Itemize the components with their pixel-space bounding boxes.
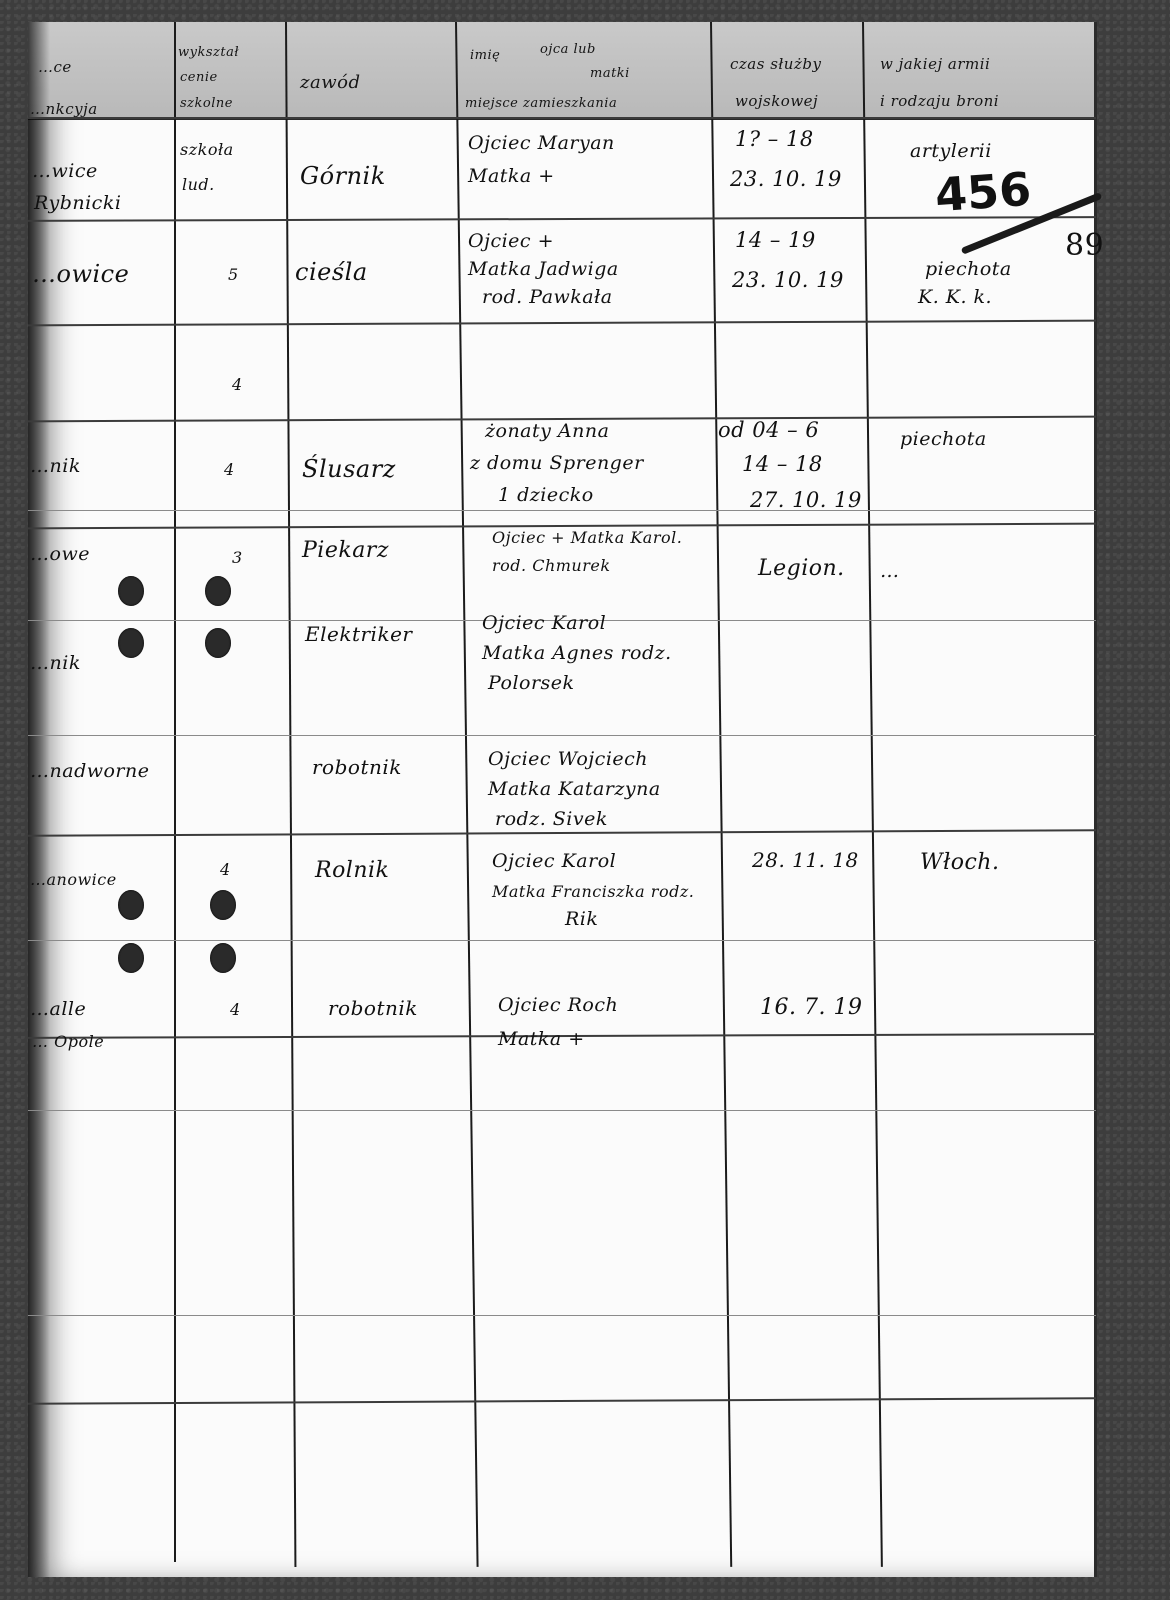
row7-locality: …nadworne — [30, 760, 150, 782]
binding-shadow — [28, 22, 50, 1577]
row2-parents-3: rod. Pawkała — [482, 286, 613, 308]
row-subrule — [28, 735, 1096, 736]
row1-army-1: artylerii — [910, 140, 992, 162]
row4-occupation: Ślusarz — [302, 455, 396, 483]
row2-service-2: 23. 10. 19 — [732, 268, 844, 292]
punch-hole — [210, 890, 236, 920]
header-col3: zawód — [300, 72, 360, 93]
row4-locality: …nik — [30, 455, 81, 477]
row5-occupation: Piekarz — [302, 538, 389, 563]
row6-parents-1: Ojciec Karol — [482, 612, 606, 634]
row2-education: 5 — [228, 265, 239, 284]
row4-service-1: od 04 – 6 — [718, 418, 819, 442]
punch-hole — [205, 576, 231, 606]
page-number: 89 — [1065, 228, 1104, 263]
punch-hole — [118, 890, 144, 920]
row5-army: … — [880, 560, 900, 582]
row4-parents-1: żonaty Anna — [485, 420, 609, 442]
row2-occupation: cieśla — [295, 258, 368, 286]
row7-parents-1: Ojciec Wojciech — [488, 748, 648, 770]
header-col2-line3: szkolne — [180, 96, 233, 111]
row8-army: Włoch. — [920, 850, 999, 875]
row3-education: 4 — [232, 375, 243, 394]
row8-locality: …anowice — [30, 870, 117, 889]
row-rule — [28, 117, 1096, 119]
row1-service-2: 23. 10. 19 — [730, 167, 842, 191]
row2-parents-1: Ojciec + — [468, 230, 554, 252]
row9-education: 4 — [230, 1000, 241, 1019]
row-subrule — [28, 940, 1096, 941]
row9-service: 16. 7. 19 — [760, 995, 862, 1020]
header-col6-line1: w jakiej armii — [880, 55, 990, 73]
row9-locality-1: …alle — [30, 998, 86, 1020]
row2-army-1: piechota — [925, 258, 1012, 280]
row1-locality-1: …wice — [32, 160, 98, 182]
row2-army-2: K. K. k. — [918, 286, 992, 308]
row4-education: 4 — [224, 460, 235, 479]
row9-occupation: robotnik — [328, 996, 418, 1020]
row8-occupation: Rolnik — [315, 858, 389, 883]
header-col1-line2: …nkcyja — [30, 100, 98, 118]
row5-parents-2: rod. Chmurek — [492, 556, 611, 575]
row8-education: 4 — [220, 860, 231, 879]
row1-service-1: 1? – 18 — [735, 127, 814, 151]
header-col4-line2: ojca lub — [540, 42, 596, 57]
punch-hole — [205, 628, 231, 658]
row5-education: 3 — [232, 548, 243, 567]
row1-locality-2: Rybnicki — [34, 192, 121, 214]
row8-service: 28. 11. 18 — [752, 848, 859, 872]
row1-education-1: szkoła — [180, 140, 234, 159]
header-col6-line2: i rodzaju broni — [880, 92, 999, 110]
row8-parents-3: Rik — [565, 908, 598, 930]
row5-locality: …owe — [30, 543, 90, 565]
row6-occupation: Elektriker — [305, 622, 412, 646]
row9-locality-2: … Opole — [32, 1032, 104, 1051]
row1-parents-2: Matka + — [468, 165, 555, 187]
row-subrule — [28, 1315, 1096, 1316]
header-col4-line4: miejsce zamieszkania — [465, 96, 617, 111]
row5-parents-1: Ojciec + Matka Karol. — [492, 528, 682, 547]
row7-parents-2: Matka Katarzyna — [488, 778, 661, 800]
row1-parents-1: Ojciec Maryan — [468, 132, 615, 154]
header-col2-line1: wykształ — [178, 45, 239, 60]
punch-hole — [118, 943, 144, 973]
header-col5-line1: czas służby — [730, 55, 821, 73]
row7-occupation: robotnik — [312, 755, 402, 779]
register-stamp-number: 456 — [933, 162, 1033, 223]
header-col4-line3: matki — [590, 66, 630, 81]
row1-education-2: lud. — [182, 175, 215, 194]
punch-hole — [118, 628, 144, 658]
header-col4-line1: imię — [470, 48, 500, 63]
header-col1-line1: …ce — [38, 58, 72, 76]
row2-service-1: 14 – 19 — [735, 228, 816, 252]
row4-parents-3: 1 dziecko — [498, 484, 594, 506]
punch-hole — [118, 576, 144, 606]
row6-parents-3: Polorsek — [488, 672, 575, 694]
header-col2-line2: cenie — [180, 70, 218, 85]
row8-parents-1: Ojciec Karol — [492, 850, 616, 872]
row5-service: Legion. — [758, 556, 845, 581]
header-col5-line2: wojskowej — [735, 92, 818, 110]
row4-army-1: piechota — [900, 428, 987, 450]
row2-parents-2: Matka Jadwiga — [468, 258, 619, 280]
row9-parents-1: Ojciec Roch — [498, 994, 618, 1016]
punch-hole — [210, 943, 236, 973]
row-subrule — [28, 510, 1096, 511]
row6-locality: …nik — [30, 652, 81, 674]
row1-occupation: Górnik — [300, 162, 386, 190]
row4-service-3: 27. 10. 19 — [750, 488, 862, 512]
row-subrule — [28, 1110, 1096, 1111]
row2-locality: …owice — [32, 260, 129, 288]
row8-parents-2: Matka Franciszka rodz. — [492, 882, 694, 901]
column-rule-1 — [174, 22, 176, 1562]
row9-parents-2: Matka + — [498, 1028, 585, 1050]
row4-parents-2: z domu Sprenger — [470, 452, 644, 474]
row4-service-2: 14 – 18 — [742, 452, 823, 476]
row7-parents-3: rodz. Sivek — [495, 808, 608, 830]
row6-parents-2: Matka Agnes rodz. — [482, 642, 672, 664]
